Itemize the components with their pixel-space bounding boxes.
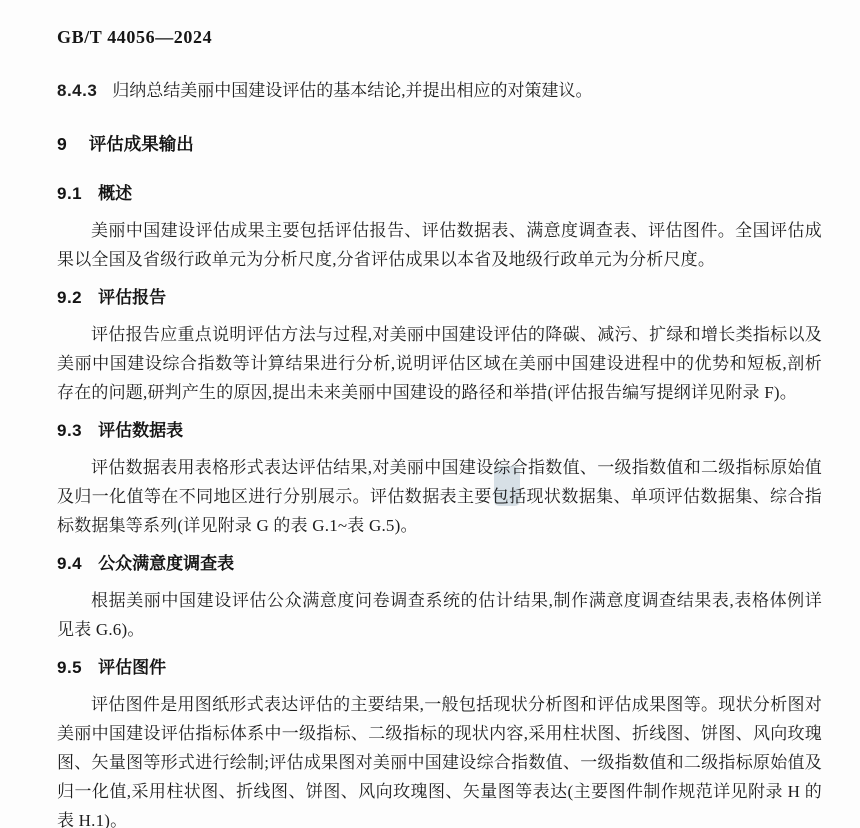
- page-content: GB/T 44056—2024 8.4.3归纳总结美丽中国建设评估的基本结论,并…: [57, 26, 822, 828]
- subsection-title: 公众满意度调查表: [98, 554, 234, 573]
- clause-8-4-3: 8.4.3归纳总结美丽中国建设评估的基本结论,并提出相应的对策建议。: [57, 80, 822, 102]
- subsection-number: 9.4: [57, 554, 82, 573]
- subsection-heading: 9.3评估数据表: [57, 419, 822, 443]
- subsection-heading: 9.5评估图件: [57, 656, 822, 680]
- subsection-9-4: 9.4公众满意度调查表 根据美丽中国建设评估公众满意度问卷调查系统的估计结果,制…: [57, 552, 822, 644]
- section-title: 评估成果输出: [89, 134, 194, 154]
- subsection-number: 9.3: [57, 421, 82, 440]
- subsection-9-1: 9.1概述 美丽中国建设评估成果主要包括评估报告、评估数据表、满意度调查表、评估…: [57, 182, 822, 274]
- subsection-paragraph: 评估数据表用表格形式表达评估结果,对美丽中国建设综合指数值、一级指数值和二级指标…: [57, 453, 822, 540]
- subsection-heading: 9.4公众满意度调查表: [57, 552, 822, 576]
- subsection-number: 9.2: [57, 288, 82, 307]
- subsection-paragraph: 评估图件是用图纸形式表达评估的主要结果,一般包括现状分析图和评估成果图等。现状分…: [57, 690, 822, 828]
- subsection-title: 评估数据表: [98, 421, 183, 440]
- subsection-heading: 9.1概述: [57, 182, 822, 206]
- subsection-paragraph: 根据美丽中国建设评估公众满意度问卷调查系统的估计结果,制作满意度调查结果表,表格…: [57, 586, 822, 644]
- clause-text: 归纳总结美丽中国建设评估的基本结论,并提出相应的对策建议。: [112, 81, 592, 100]
- standard-number-header: GB/T 44056—2024: [57, 26, 822, 48]
- clause-number: 8.4.3: [57, 81, 97, 100]
- section-number: 9: [57, 134, 67, 154]
- section-9-heading: 9评估成果输出: [57, 132, 822, 156]
- document-page: GB/T 44056—2024 8.4.3归纳总结美丽中国建设评估的基本结论,并…: [0, 0, 860, 828]
- subsection-paragraph: 美丽中国建设评估成果主要包括评估报告、评估数据表、满意度调查表、评估图件。全国评…: [57, 216, 822, 274]
- subsection-title: 评估报告: [98, 288, 166, 307]
- subsection-number: 9.5: [57, 658, 82, 677]
- subsection-paragraph: 评估报告应重点说明评估方法与过程,对美丽中国建设评估的降碳、减污、扩绿和增长类指…: [57, 320, 822, 407]
- subsection-9-5: 9.5评估图件 评估图件是用图纸形式表达评估的主要结果,一般包括现状分析图和评估…: [57, 656, 822, 828]
- subsection-title: 概述: [98, 184, 132, 203]
- subsection-title: 评估图件: [98, 658, 166, 677]
- subsection-9-3: 9.3评估数据表 评估数据表用表格形式表达评估结果,对美丽中国建设综合指数值、一…: [57, 419, 822, 540]
- subsection-9-2: 9.2评估报告 评估报告应重点说明评估方法与过程,对美丽中国建设评估的降碳、减污…: [57, 286, 822, 407]
- subsection-heading: 9.2评估报告: [57, 286, 822, 310]
- subsection-number: 9.1: [57, 184, 82, 203]
